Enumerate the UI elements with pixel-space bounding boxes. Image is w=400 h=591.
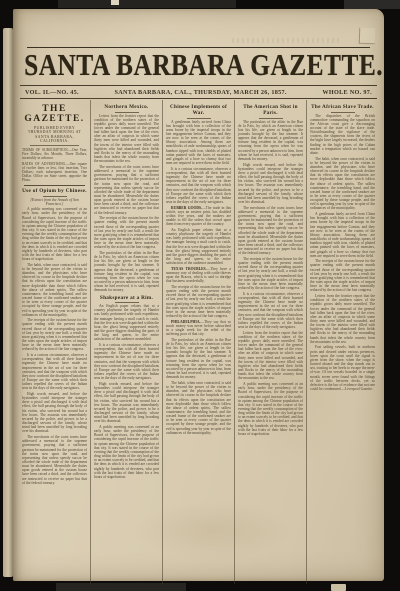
article-headline: The American Shot in Paris.: [238, 104, 303, 119]
article-headline: Shakspeare at a Rim.: [94, 295, 159, 304]
article-paragraph: The merchants of the coast towns have ad…: [238, 206, 303, 256]
article-paragraph: The particulars of the affair in the Rue…: [166, 338, 231, 380]
column-two: Northern Mexico.Letters from the frontie…: [90, 100, 162, 584]
scan-speck-top: [111, 0, 119, 5]
article-paragraph: The particulars of the affair in the Rue…: [238, 120, 303, 162]
paragraph-lead-in: TEXAS TROUBLES.: [171, 267, 207, 271]
article-paragraph: TEXAS TROUBLES.—They have a summary way …: [166, 267, 231, 284]
column-three: Chinese Implements of War.A gentleman la…: [162, 100, 234, 584]
article-headline: Chinese Implements of War.: [166, 104, 231, 119]
article-paragraph: A public meeting was convened at an earl…: [22, 207, 87, 261]
article-headline: The African Slave Trade.: [310, 104, 375, 113]
gazette-head: THE GAZETTE.: [22, 104, 87, 124]
whole-number: WHOLE NO. 97.: [322, 89, 372, 96]
article-paragraph: PHILADELPHIA.—They say that so much mone…: [166, 320, 231, 337]
article-paragraph: An English paper relates that at a count…: [94, 304, 159, 341]
paragraph-lead-in: PHILADELPHIA.: [171, 320, 200, 324]
article-paragraph: The receipts of the custom house for the…: [22, 318, 87, 351]
article-paragraph: The receipts of the custom house for the…: [310, 259, 375, 292]
scan-band-top: [58, 0, 236, 8]
paragraph-lead-in: RUBBER GOODS.: [171, 206, 202, 210]
article-paragraph: A gentleman lately arrived from China ha…: [310, 212, 375, 258]
column-five: The African Slave Trade.The dispatches o…: [306, 100, 378, 584]
article-paragraph: The receipts of the custom house for the…: [94, 216, 159, 249]
article-paragraph: Letters from the frontier report that th…: [310, 294, 375, 344]
newspaper-sheet: SANTA BARBARA GAZETTE. VOL. II.—NO. 45. …: [13, 9, 384, 581]
agate: RATES OF ADVERTISING.—One square of twel…: [22, 162, 87, 182]
article-paragraph: Letters from the frontier report that th…: [94, 114, 159, 164]
article-paragraph: A gentleman lately arrived from China ha…: [166, 120, 231, 166]
article-paragraph: Letters from the frontier report that th…: [238, 331, 303, 381]
article-paragraph: It is a curious circumstance, observes a…: [238, 292, 303, 329]
article-paragraph: It is a curious circumstance, observes a…: [94, 343, 159, 380]
scan-band-bottom: [56, 583, 186, 591]
article-headline: Use of Opium by Chinese.: [22, 188, 87, 197]
subline: [Extract from the Annals of San Francisc…: [22, 198, 87, 206]
article-paragraph: The receipts of the custom house for the…: [166, 285, 231, 318]
scan-band-top-right: [344, 0, 400, 9]
center-line: PUBLISHED EVERY THURSDAY MORNING AT: [22, 126, 87, 134]
article-paragraph: Fast sailing vessels, built in northern …: [310, 345, 375, 391]
article-paragraph: An English paper relates that at a count…: [166, 228, 231, 265]
article-paragraph: A public meeting was convened at an earl…: [94, 425, 159, 479]
article-paragraph: The receipts of the custom house for the…: [238, 257, 303, 290]
article-paragraph: High words ensued, and before the bystan…: [238, 163, 303, 205]
adjacent-page-edge: [3, 28, 13, 577]
article-paragraph: The habit, when once contracted, is said…: [166, 381, 231, 435]
scan-speck-bottom-right: [331, 584, 346, 591]
column-four: The American Shot in Paris.The particula…: [234, 100, 306, 584]
article-headline: Northern Mexico.: [94, 104, 159, 113]
agate: TERMS OF SUBSCRIPTION.—One Year, Five Do…: [22, 148, 87, 160]
article-paragraph: The particulars of the affair in the Rue…: [94, 251, 159, 293]
column-rule: [30, 145, 79, 146]
article-paragraph: High words ensued, and before the bystan…: [22, 392, 87, 434]
volume-number: VOL. II.—NO. 45.: [25, 89, 79, 96]
article-paragraph: The dispatches of the British commodore …: [310, 114, 375, 156]
scanned-newspaper-page: { "page": { "background_color": "#0d0c0a…: [0, 0, 400, 591]
article-paragraph: The merchants of the coast towns have ad…: [94, 165, 159, 215]
article-paragraph: It is a curious circumstance, observes a…: [22, 353, 87, 390]
columns: THE GAZETTE.PUBLISHED EVERY THURSDAY MOR…: [19, 100, 378, 584]
column-one: THE GAZETTE.PUBLISHED EVERY THURSDAY MOR…: [19, 100, 90, 584]
article-paragraph: A public meeting was convened at an earl…: [238, 382, 303, 436]
fold-crease-mark: [359, 28, 376, 45]
ink-bleed-smudge: [232, 38, 342, 43]
article-paragraph: RUBBER GOODS.—The trade in this article,…: [166, 206, 231, 227]
article-paragraph: The merchants of the coast towns have ad…: [22, 435, 87, 485]
column-rule: [24, 185, 85, 186]
article-paragraph: High words ensued, and before the bystan…: [94, 382, 159, 424]
article-paragraph: It is a curious circumstance, observes a…: [166, 167, 231, 204]
masthead-title: SANTA BARBARA GAZETTE.: [24, 48, 373, 83]
dateline: SANTA BARBARA, CAL., THURSDAY, MARCH 26,…: [79, 89, 323, 96]
article-paragraph: The habit, when once contracted, is said…: [22, 263, 87, 317]
dateline-row: VOL. II.—NO. 45. SANTA BARBARA, CAL., TH…: [20, 85, 377, 99]
center-line: SANTA BARBARA, CALIFORNIA.: [22, 135, 87, 143]
article-paragraph: The habit, when once contracted, is said…: [310, 157, 375, 211]
